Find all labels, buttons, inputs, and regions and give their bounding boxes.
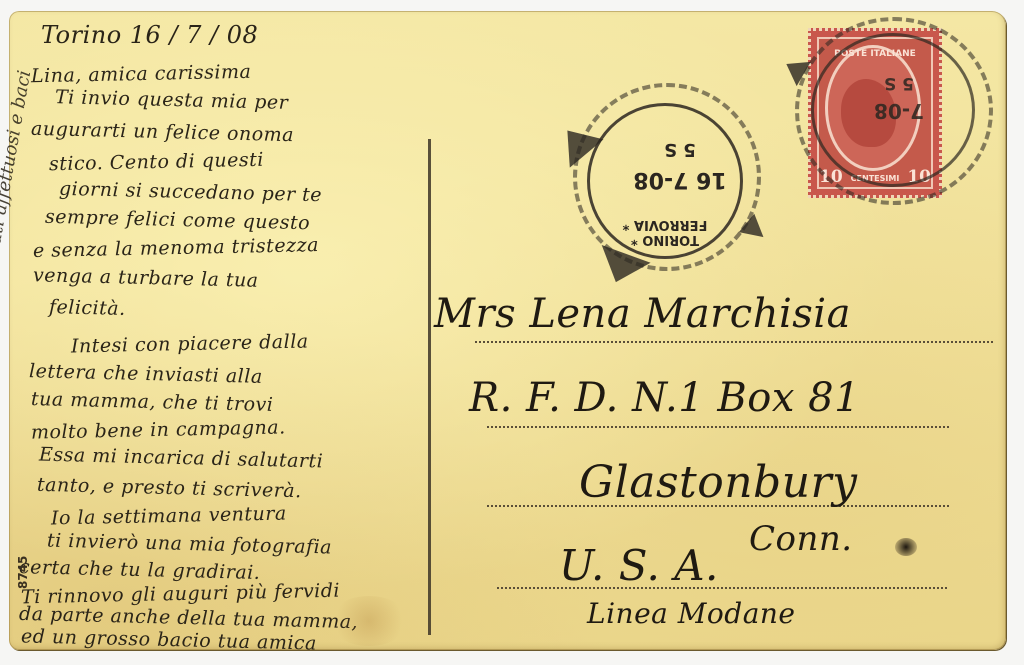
- recipient-city: Glastonbury: [579, 457, 857, 508]
- message-line: e senza la menoma tristezza: [33, 234, 319, 262]
- message-line: ti invierò una mia fotografia: [47, 530, 332, 559]
- address-line: [487, 426, 949, 428]
- recipient-street: R. F. D. N.1 Box 81: [469, 375, 860, 421]
- message-line: stico. Cento di questi: [49, 149, 264, 175]
- postmark-time: 5 S: [575, 139, 785, 160]
- ink-blot: [895, 538, 917, 556]
- postmark-on-stamp: 7-08 5 S: [777, 11, 997, 211]
- postmark-date: 16 7-08: [575, 167, 785, 192]
- postmark-date: 7-08: [801, 99, 997, 123]
- stain: [329, 596, 409, 646]
- print-number: 8745: [16, 556, 30, 589]
- recipient-name: Mrs Lena Marchisia: [434, 291, 851, 337]
- message-line: sempre felici come questo: [45, 206, 311, 234]
- message-line: Ti invio questa mia per: [55, 86, 289, 114]
- message-line: felicità.: [49, 296, 126, 320]
- message-line: Essa mi incarica di salutarti: [39, 444, 324, 473]
- postmark-torino-ferrovia: TORINO * FERROVIA * 16 7-08 5 S: [555, 77, 785, 297]
- recipient-country: U. S. A.: [559, 541, 719, 590]
- recipient-state: Conn.: [749, 519, 853, 559]
- message-line: tanto, e presto ti scriverà.: [37, 474, 302, 502]
- dateline: Torino 16 / 7 / 08: [41, 21, 258, 49]
- message-line: Intesi con piacere dalla: [71, 331, 309, 358]
- message-line: augurarti un felice onoma: [31, 118, 295, 146]
- address-line: [475, 341, 993, 343]
- side-note: Saluti affettuosi e baci: [0, 69, 35, 275]
- message-line: venga a turbare la tua: [33, 264, 259, 292]
- divider-line: [428, 139, 431, 635]
- message-line: tua mamma, che ti trovi: [31, 388, 274, 416]
- message-line: molto bene in campagna.: [31, 416, 286, 443]
- message-line: Io la settimana ventura: [51, 503, 287, 530]
- postmark-ring-text: TORINO * FERROVIA *: [595, 217, 735, 247]
- message-line: Lina, amica carissima: [31, 61, 252, 88]
- postcard: Torino 16 / 7 / 08 Lina, amica carissima…: [9, 11, 1006, 650]
- routing-note: Linea Modane: [587, 597, 796, 630]
- postmark-time: 5 S: [801, 73, 997, 93]
- message-line: lettera che inviasti alla: [29, 360, 263, 388]
- message-line: certa che tu la gradirai.: [19, 556, 261, 584]
- message-line: giorni si succedano per te: [59, 178, 323, 206]
